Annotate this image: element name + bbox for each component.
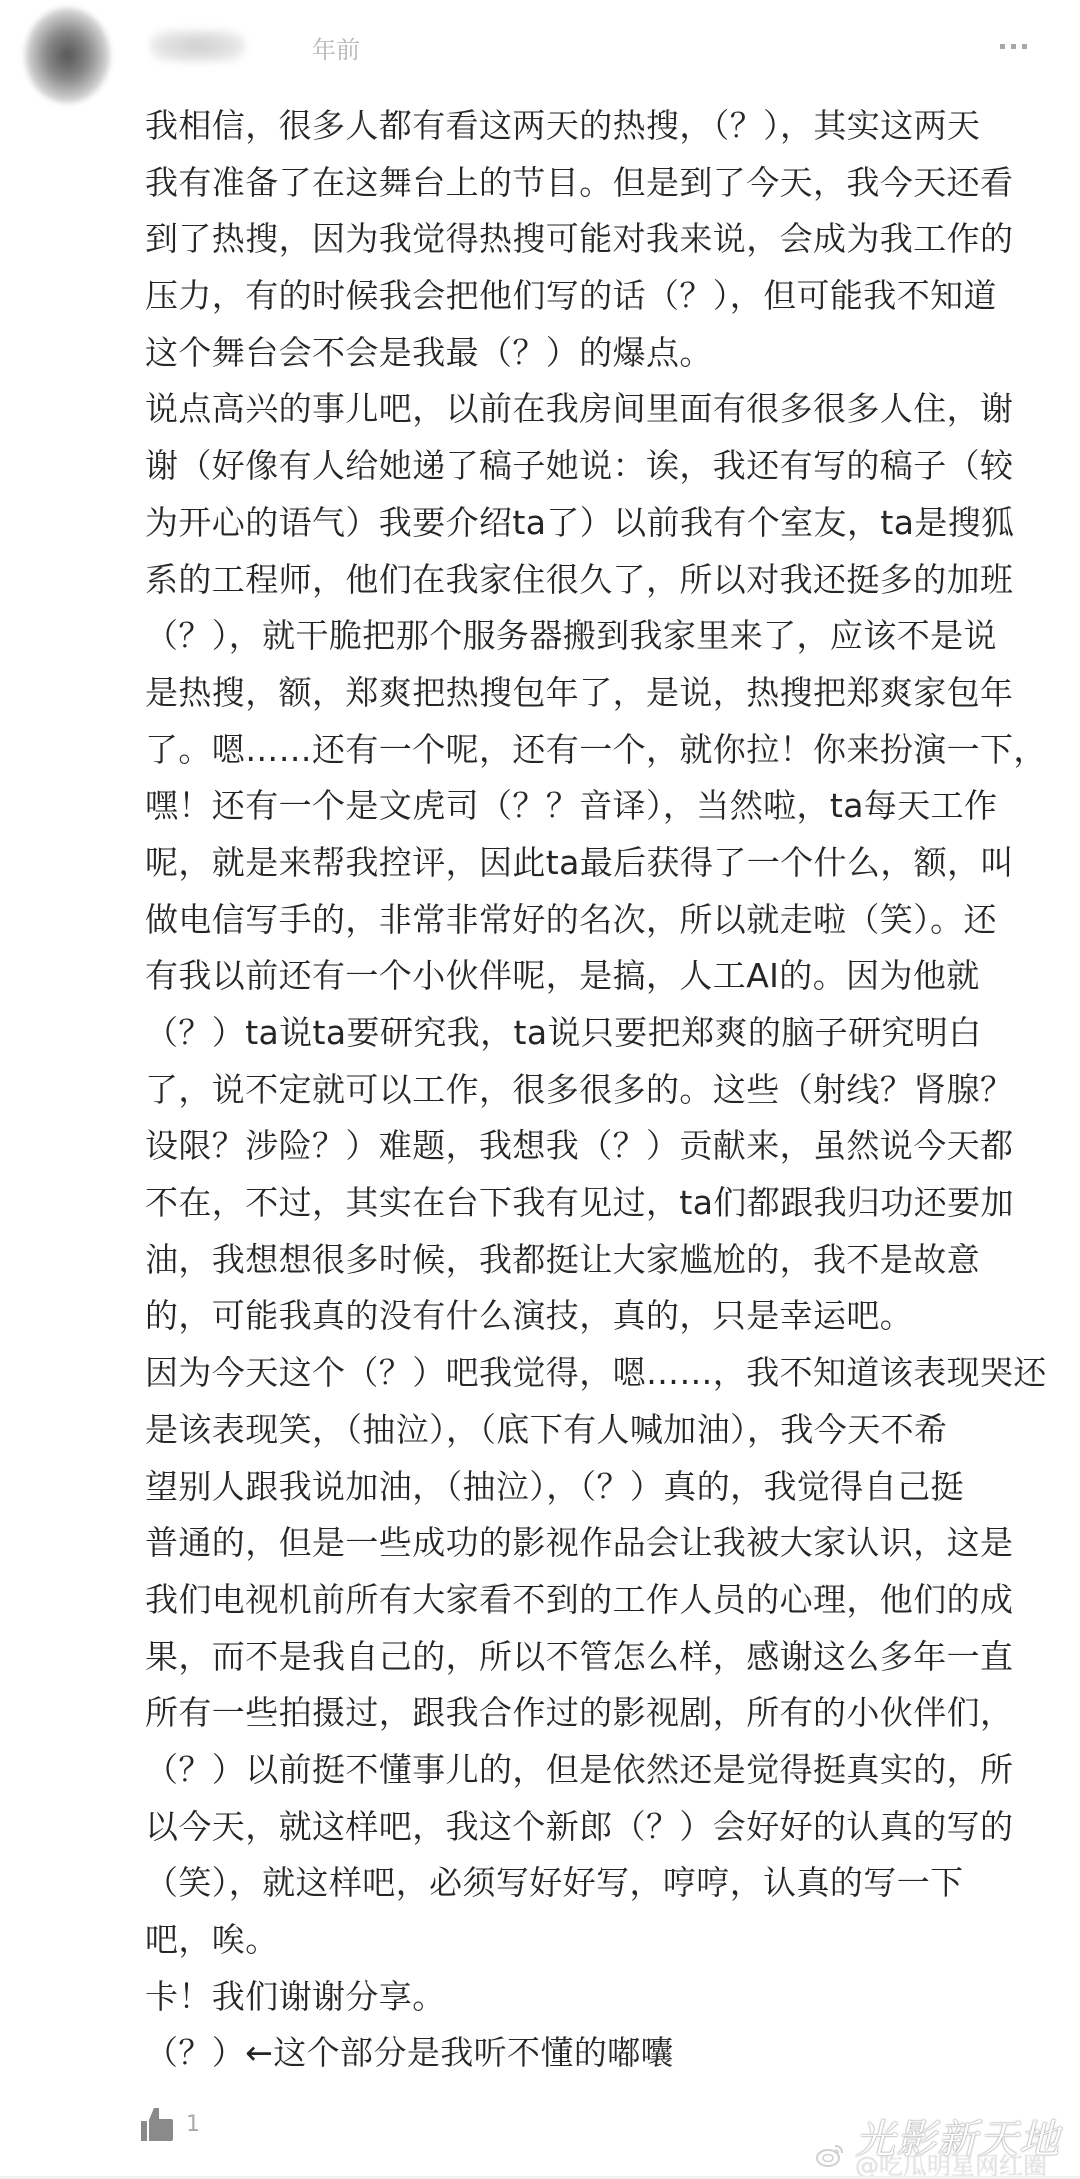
post-line: 为开心的语气）我要介绍ta了）以前我有个室友，ta是搜狐 [145, 495, 1045, 552]
post-line: 望别人跟我说加油，（抽泣），（？）真的，我觉得自己挺 [145, 1459, 1045, 1516]
thumbs-up-icon [140, 2106, 174, 2142]
post-line: 油，我想想很多时候，我都挺让大家尴尬的，我不是故意 [145, 1232, 1045, 1289]
ellipsis-icon [1022, 44, 1027, 49]
post-line: 我们电视机前所有大家看不到的工作人员的心理，他们的成 [145, 1572, 1045, 1629]
post-line: （？）←这个部分是我听不懂的嘟囔 [145, 2025, 1045, 2082]
post-line: 到了热搜，因为我觉得热搜可能对我来说，会成为我工作的 [145, 211, 1045, 268]
post-timestamp: 年前 [312, 36, 360, 64]
post-line: 这个舞台会不会是我最（？）的爆点。 [145, 325, 1045, 382]
ellipsis-icon [1000, 44, 1005, 49]
post-line: 有我以前还有一个小伙伴呢，是搞，人工AI的。因为他就 [145, 948, 1045, 1005]
post-body: 我相信，很多人都有看这两天的热搜，（？），其实这两天 我有准备了在这舞台上的节目… [145, 98, 1045, 2082]
post-line: 因为今天这个（？）吧我觉得，嗯……，我不知道该表现哭还 [145, 1345, 1045, 1402]
post-line: 以今天，就这样吧，我这个新郎（？）会好好的认真的写的 [145, 1799, 1045, 1856]
post-line: 说点高兴的事儿吧，以前在我房间里面有很多很多人住，谢 [145, 381, 1045, 438]
post-line: 普通的，但是一些成功的影视作品会让我被大家认识，这是 [145, 1515, 1045, 1572]
watermark-sub-text: @吃瓜明星网红圈 [855, 2146, 1047, 2179]
post-line: 果，而不是我自己的，所以不管怎么样，感谢这么多年一直 [145, 1629, 1045, 1686]
post-line: （？）ta说ta要研究我，ta说只要把郑爽的脑子研究明白 [145, 1005, 1045, 1062]
post-line: （？）以前挺不懂事儿的，但是依然还是觉得挺真实的，所 [145, 1742, 1045, 1799]
post-line: 不在，不过，其实在台下我有见过，ta们都跟我归功还要加 [145, 1175, 1045, 1232]
like-count: 1 [186, 2112, 200, 2137]
ellipsis-icon [1011, 44, 1016, 49]
post-line: 谢（好像有人给她递了稿子她说：诶，我还有写的稿子（较 [145, 438, 1045, 495]
post-line: 嘿！还有一个是文虎司（？？音译），当然啦，ta每天工作 [145, 778, 1045, 835]
post-line: 是该表现笑，（抽泣），（底下有人喊加油），我今天不希 [145, 1402, 1045, 1459]
post-line: 是热搜，额，郑爽把热搜包年了，是说，热搜把郑爽家包年 [145, 665, 1045, 722]
post-line: 压力，有的时候我会把他们写的话（？），但可能我不知道 [145, 268, 1045, 325]
weibo-logo-icon [815, 2142, 845, 2168]
post-line: 做电信写手的，非常非常好的名次，所以就走啦（笑）。还 [145, 892, 1045, 949]
avatar[interactable] [25, 8, 110, 103]
post-line: （？），就干脆把那个服务器搬到我家里来了，应该不是说 [145, 608, 1045, 665]
more-options-button[interactable] [1000, 44, 1027, 49]
post-line: 系的工程师，他们在我家住很久了，所以对我还挺多的加班 [145, 552, 1045, 609]
post-line: （笑），就这样吧，必须写好好写，哼哼，认真的写一下 [145, 1855, 1045, 1912]
post-line: 的，可能我真的没有什么演技，真的，只是幸运吧。 [145, 1288, 1045, 1345]
post-line: 吧，唉。 [145, 1912, 1045, 1969]
post-line: 设限？涉险？）难题，我想我（？）贡献来，虽然说今天都 [145, 1118, 1045, 1175]
watermark: 光影新天地 @吃瓜明星网红圈 [845, 2108, 1080, 2178]
post-line: 我相信，很多人都有看这两天的热搜，（？），其实这两天 [145, 98, 1045, 155]
post-line: 了，说不定就可以工作，很多很多的。这些（射线？肾腺？ [145, 1062, 1045, 1119]
post-line: 所有一些拍摄过，跟我合作过的影视剧，所有的小伙伴们， [145, 1685, 1045, 1742]
post-line: 了。嗯……还有一个呢，还有一个，就你拉！你来扮演一下， [145, 722, 1045, 779]
username-redacted[interactable] [150, 30, 245, 62]
like-button[interactable]: 1 [140, 2106, 200, 2142]
post-header: 年前 [0, 0, 1080, 100]
post-line: 卡！我们谢谢分享。 [145, 1969, 1045, 2026]
post-line: 我有准备了在这舞台上的节目。但是到了今天，我今天还看 [145, 155, 1045, 212]
post-line: 呢，就是来帮我控评，因此ta最后获得了一个什么，额，叫 [145, 835, 1045, 892]
